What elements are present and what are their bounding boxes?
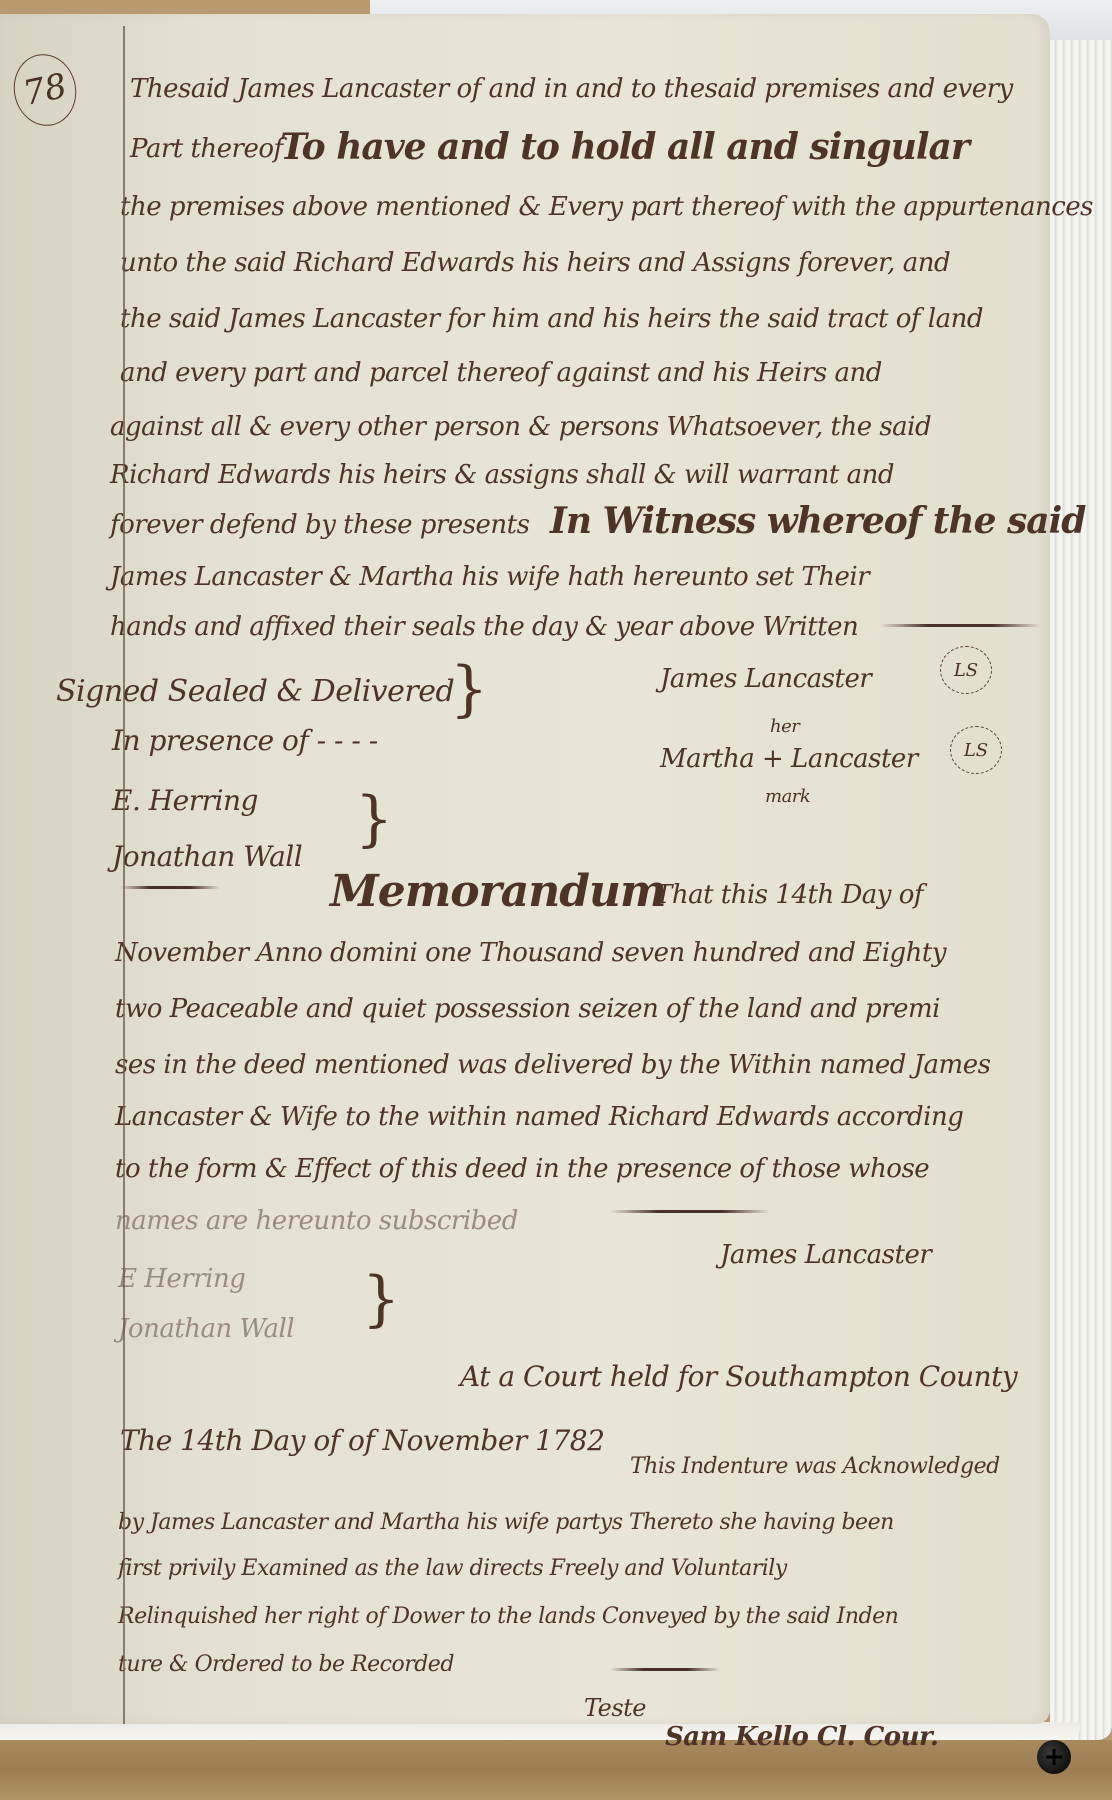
brace-icon: } xyxy=(450,654,488,724)
mark-label: mark xyxy=(765,786,810,807)
witness-1: E. Herring xyxy=(112,784,258,817)
seal-ls-icon: LS xyxy=(940,646,992,694)
deed-line-11: hands and affixed their seals the day & … xyxy=(110,612,858,642)
memorandum-line-5: Lancaster & Wife to the within named Ric… xyxy=(115,1102,963,1132)
court-line-5: ture & Ordered to be Recorded xyxy=(118,1652,454,1677)
brace-icon: } xyxy=(355,784,393,854)
brace-icon: } xyxy=(362,1264,400,1334)
court-date: The 14th Day of of November 1782 xyxy=(120,1424,604,1457)
signatory-james-lancaster: James Lancaster xyxy=(660,664,871,694)
court-line-3: first privily Examined as the law direct… xyxy=(118,1556,787,1581)
memorandum-heading: Memorandum xyxy=(330,866,666,917)
book-page-stack xyxy=(1050,40,1112,1740)
court-line-2: by James Lancaster and Martha his wife p… xyxy=(118,1510,894,1535)
wooden-table xyxy=(0,1740,1112,1800)
deed-line-2a: Part thereof xyxy=(130,134,283,164)
deed-line-6: and every part and parcel thereof agains… xyxy=(120,358,882,388)
memorandum-line-2: November Anno domini one Thousand seven … xyxy=(115,938,946,968)
memorandum-line-1: That this 14th Day of xyxy=(655,880,923,910)
court-heading: At a Court held for Southampton County xyxy=(460,1360,1017,1393)
witness-2: Jonathan Wall xyxy=(112,840,302,873)
line-flourish xyxy=(880,624,1040,627)
court-line-1: This Indenture was Acknowledged xyxy=(630,1454,1000,1479)
line-flourish xyxy=(610,1210,770,1213)
screw-icon xyxy=(1037,1740,1071,1774)
deed-testimonium: In Witness whereof the said xyxy=(550,500,1085,542)
teste-label: Teste xyxy=(584,1694,646,1722)
deed-line-1: Thesaid James Lancaster of and in and to… xyxy=(130,74,1013,104)
memorandum-line-4: ses in the deed mentioned was delivered … xyxy=(115,1050,990,1080)
deed-line-5: the said James Lancaster for him and his… xyxy=(120,304,983,334)
memorandum-line-7: names are hereunto subscribed xyxy=(115,1206,518,1236)
page-number: 78 xyxy=(7,48,83,131)
ledger-page: 78 Thesaid James Lancaster of and in and… xyxy=(0,14,1050,1724)
deed-line-9a: forever defend by these presents xyxy=(110,510,529,540)
deed-line-10: James Lancaster & Martha his wife hath h… xyxy=(110,562,869,592)
deed-line-8: Richard Edwards his heirs & assigns shal… xyxy=(110,460,894,490)
court-line-4: Relinquished her right of Dower to the l… xyxy=(118,1604,898,1629)
memorandum-witness-2: Jonathan Wall xyxy=(118,1314,294,1344)
in-presence-of: In presence of - - - - xyxy=(112,724,378,757)
deed-habendum: To have and to hold all and singular xyxy=(280,126,969,168)
line-flourish xyxy=(610,1668,720,1671)
memorandum-witness-1: E Herring xyxy=(118,1264,245,1294)
deed-line-4: unto the said Richard Edwards his heirs … xyxy=(120,248,950,278)
seal-ls-icon: LS xyxy=(950,726,1002,774)
deed-line-3: the premises above mentioned & Every par… xyxy=(120,192,1093,222)
deed-line-7: against all & every other person & perso… xyxy=(110,412,931,442)
memorandum-line-6: to the form & Effect of this deed in the… xyxy=(115,1154,929,1184)
signatory-martha-lancaster: Martha + Lancaster xyxy=(660,744,918,774)
mark-her: her xyxy=(770,716,799,737)
margin-rule xyxy=(123,26,125,1724)
signed-sealed-delivered: Signed Sealed & Delivered xyxy=(56,674,454,709)
line-flourish xyxy=(120,886,220,889)
clerk-signature: Sam Kello Cl. Cour. xyxy=(665,1722,938,1752)
memorandum-line-3: two Peaceable and quiet possession seize… xyxy=(115,994,940,1024)
memorandum-signatory: James Lancaster xyxy=(720,1240,931,1270)
